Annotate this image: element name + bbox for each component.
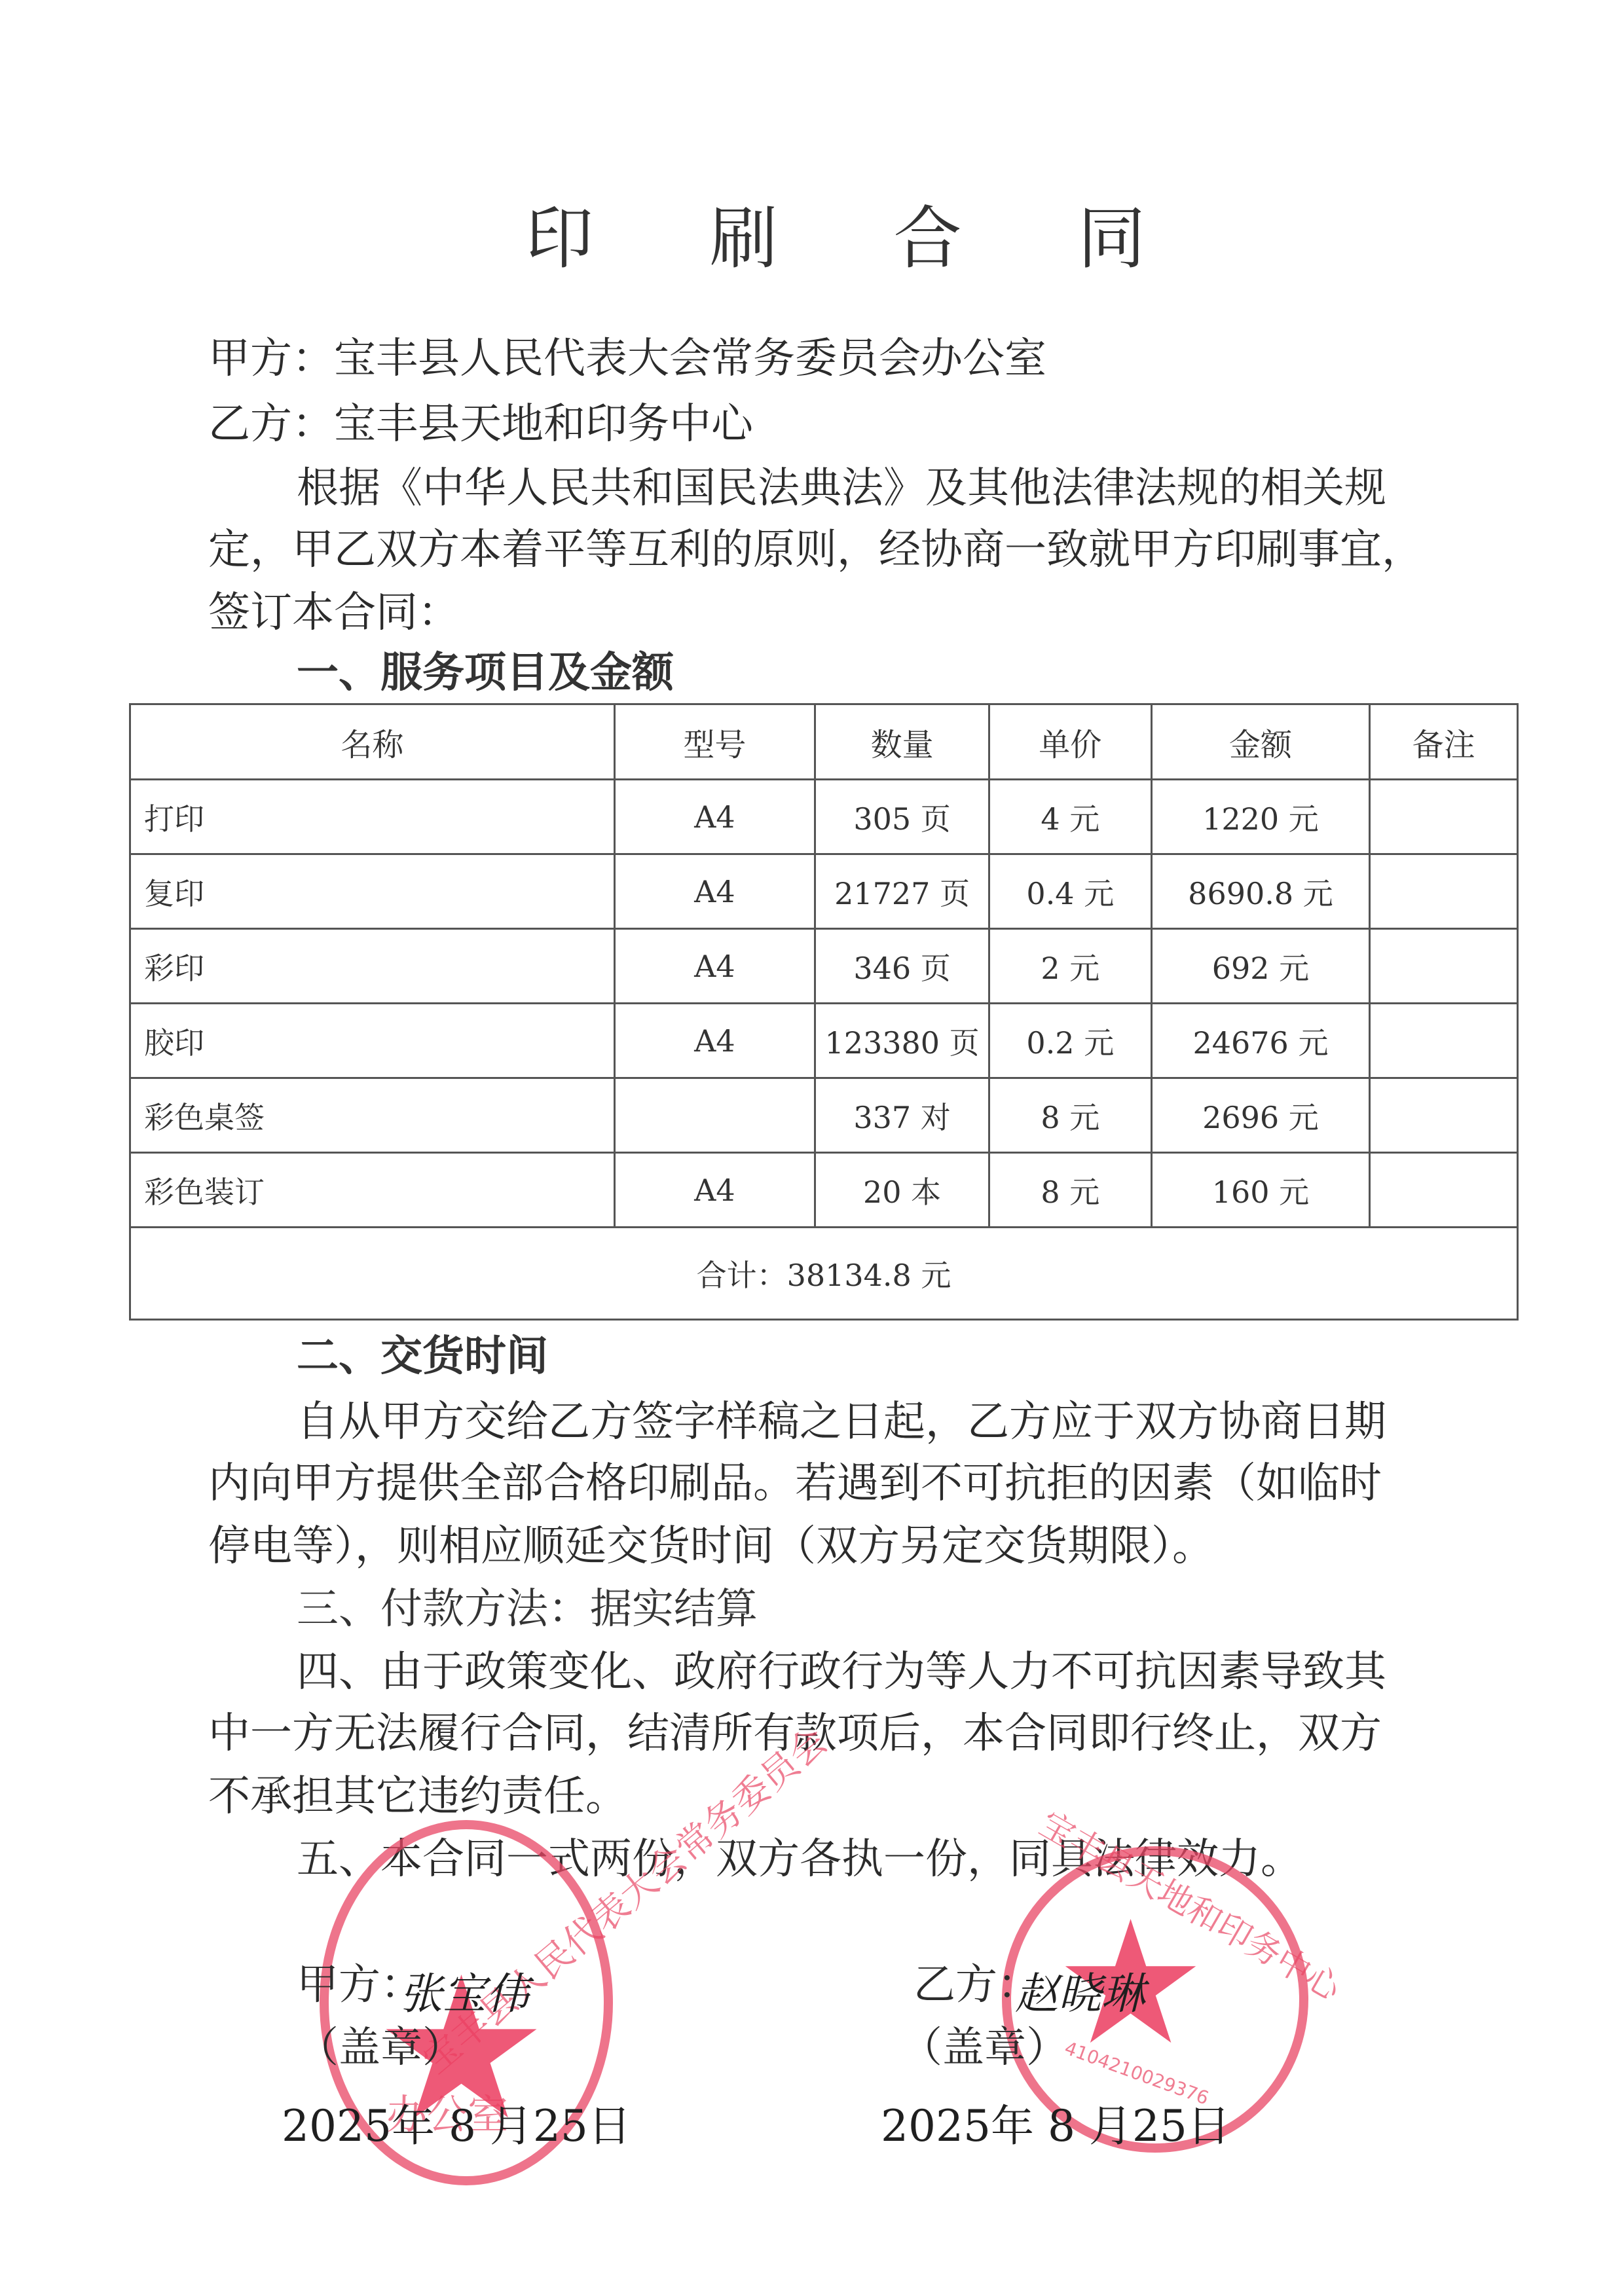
section1-heading: 一、服务项目及金额 [297,652,674,694]
cell-amount: 160 元 [1151,1153,1370,1228]
party-a-line: 甲方：宝丰县人民代表大会常务委员会办公室 [208,338,1046,380]
cell-qty: 346 页 [815,929,989,1004]
cell-price: 0.4 元 [989,854,1151,929]
cell-price: 4 元 [989,780,1151,854]
cell-model: A4 [614,1004,815,1078]
cell-qty: 20 本 [815,1153,989,1228]
cell-name: 胶印 [130,1004,615,1078]
cell-price: 8 元 [989,1078,1151,1153]
cell-amount: 8690.8 元 [1151,854,1370,929]
cell-qty: 337 对 [815,1078,989,1153]
intro-line-1: 根据《中华人民共和国民法典法》及其他法律法规的相关规 [297,467,1386,509]
cell-note [1370,1153,1518,1228]
cell-note [1370,1078,1518,1153]
table-row: 打印 A4 305 页 4 元 1220 元 [130,780,1518,854]
section4-line-3: 不承担其它违约责任。 [208,1776,627,1817]
cell-price: 8 元 [989,1153,1151,1228]
cell-price: 2 元 [989,929,1151,1004]
cell-model: A4 [614,1153,815,1228]
party-b-line: 乙方：宝丰县天地和印务中心 [208,403,753,445]
section2-line-3: 停电等），则相应顺延交货时间（双方另定交货期限）。 [208,1525,1214,1567]
cell-amount: 2696 元 [1151,1078,1370,1153]
party-a-date: 2025年 8 月25日 [282,2091,631,2153]
cell-amount: 692 元 [1151,929,1370,1004]
cell-model [614,1078,815,1153]
section3-heading: 三、付款方法：据实结算 [297,1588,758,1630]
section4-line-1: 四、由于政策变化、政府行政行为等人力不可抗因素导致其 [297,1651,1386,1693]
cell-note [1370,929,1518,1004]
section2-line-2: 内向甲方提供全部合格印刷品。若遇到不可抗拒的因素（如临时 [208,1463,1382,1504]
section2-line-1: 自从甲方交给乙方签字样稿之日起，乙方应于双方协商日期 [297,1401,1386,1443]
cell-note [1370,854,1518,929]
party-b-signature: 赵晓琳 [1015,1959,1145,2021]
party-b-date: 2025年 8 月25日 [881,2091,1230,2153]
section2-heading: 二、交货时间 [297,1336,548,1377]
cell-qty: 21727 页 [815,854,989,929]
cell-amount: 1220 元 [1151,780,1370,854]
column-header-amount: 金额 [1151,704,1370,780]
column-header-note: 备注 [1370,704,1518,780]
party-a-seal-label: （盖章） [297,2027,464,2069]
table-header-row: 名称 型号 数量 单价 金额 备注 [130,704,1518,780]
table-row: 彩色装订 A4 20 本 8 元 160 元 [130,1153,1518,1228]
column-header-model: 型号 [614,704,815,780]
items-table: 名称 型号 数量 单价 金额 备注 打印 A4 305 页 4 元 1220 元… [129,703,1519,1321]
party-b-seal-label: （盖章） [900,2027,1068,2069]
document-title: 印 刷 合 同 [0,183,1624,282]
cell-amount: 24676 元 [1151,1004,1370,1078]
intro-line-2: 定，甲乙双方本着平等互利的原则，经协商一致就甲方印刷事宜， [208,529,1424,571]
cell-name: 彩印 [130,929,615,1004]
cell-name: 彩色装订 [130,1153,615,1228]
cell-name: 打印 [130,780,615,854]
cell-note [1370,1004,1518,1078]
table-total-row: 合计：38134.8 元 [130,1228,1518,1320]
total-cell: 合计：38134.8 元 [130,1228,1518,1320]
cell-price: 0.2 元 [989,1004,1151,1078]
column-header-name: 名称 [130,704,615,780]
cell-model: A4 [614,929,815,1004]
column-header-qty: 数量 [815,704,989,780]
cell-qty: 123380 页 [815,1004,989,1078]
cell-name: 复印 [130,854,615,929]
table-row: 彩色桌签 337 对 8 元 2696 元 [130,1078,1518,1153]
table-row: 复印 A4 21727 页 0.4 元 8690.8 元 [130,854,1518,929]
intro-line-3: 签订本合同： [208,592,460,634]
party-a-signature: 张宝伟 [399,1959,529,2021]
cell-model: A4 [614,780,815,854]
cell-note [1370,780,1518,854]
table-row: 彩印 A4 346 页 2 元 692 元 [130,929,1518,1004]
table-row: 胶印 A4 123380 页 0.2 元 24676 元 [130,1004,1518,1078]
column-header-price: 单价 [989,704,1151,780]
cell-qty: 305 页 [815,780,989,854]
cell-name: 彩色桌签 [130,1078,615,1153]
cell-model: A4 [614,854,815,929]
